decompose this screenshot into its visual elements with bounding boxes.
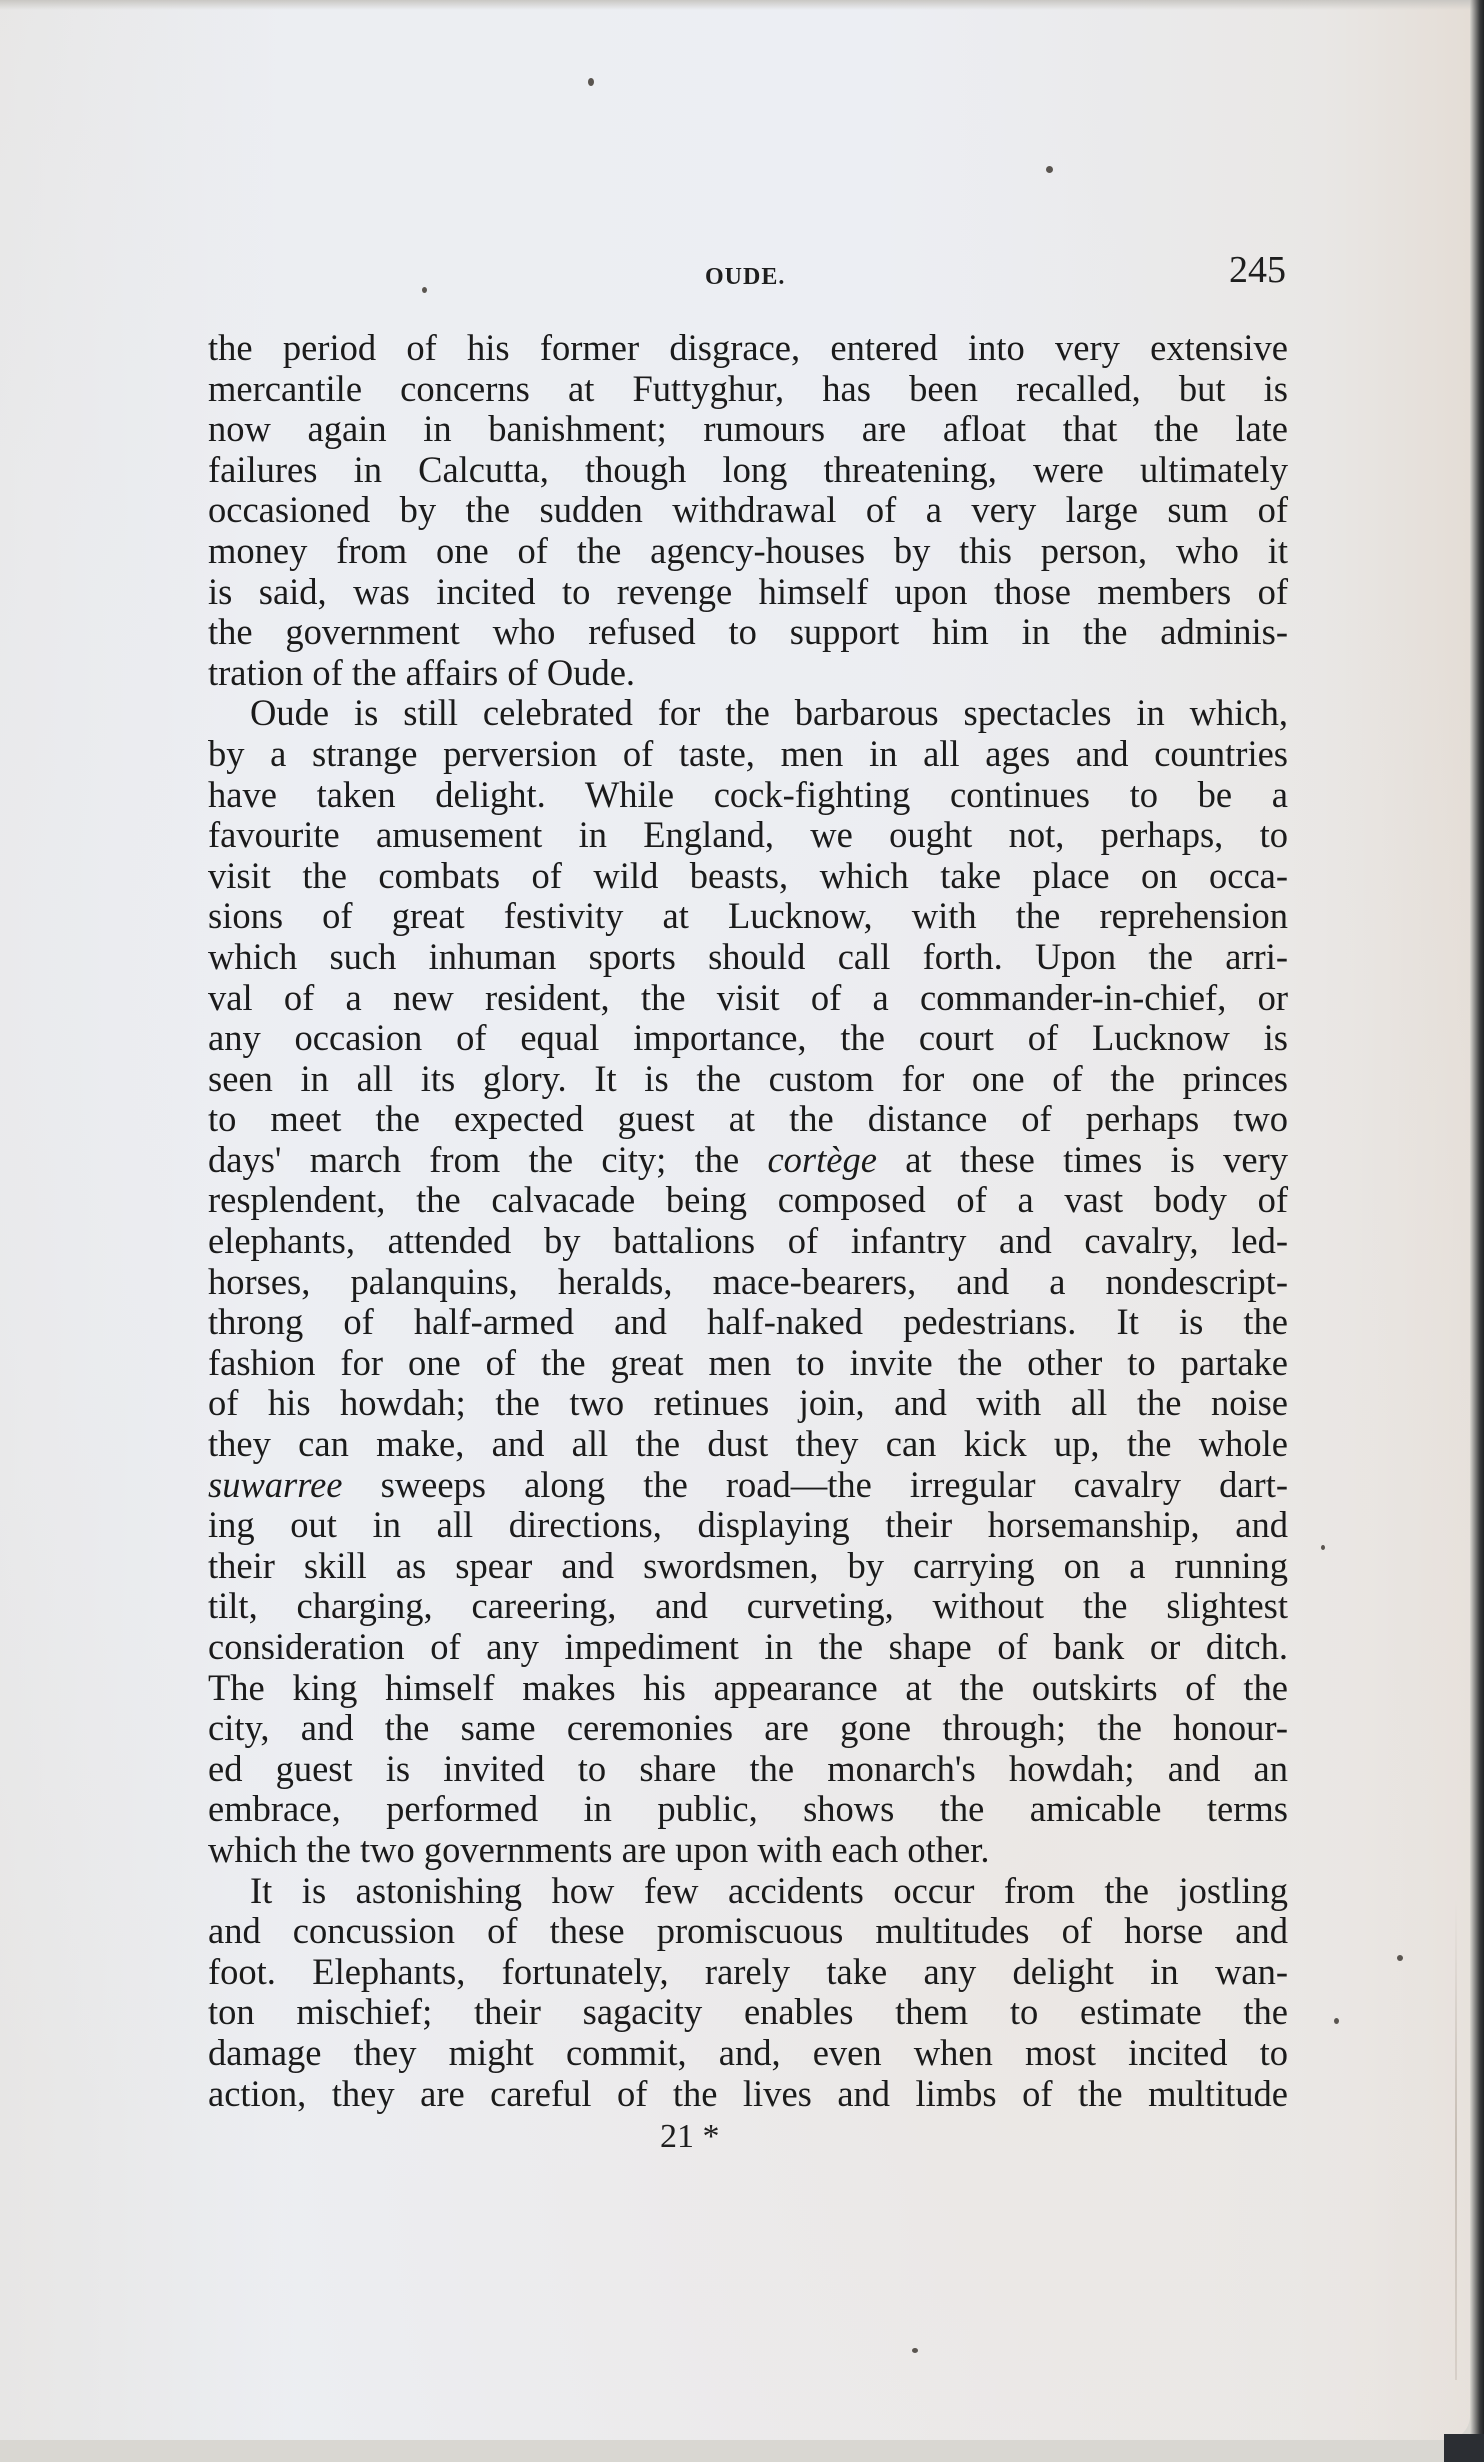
text-line: ing out in all directions, displaying th… (208, 1505, 1288, 1546)
text-line: their skill as spear and swordsmen, by c… (208, 1546, 1288, 1587)
text-line: which the two governments are upon with … (208, 1830, 1288, 1871)
spine-shadow (1470, 0, 1484, 2462)
text-line: the government who refused to support hi… (208, 612, 1288, 653)
text-line: days' march from the city; the cortège a… (208, 1140, 1288, 1181)
paper-speck (1397, 1955, 1403, 1961)
text-line: val of a new resident, the visit of a co… (208, 978, 1288, 1019)
text-line: consideration of any impediment in the s… (208, 1627, 1288, 1668)
text-line: ton mischief; their sagacity enables the… (208, 1992, 1288, 2033)
page-top-edge (0, 0, 1484, 10)
corner-shadow (1444, 2434, 1484, 2462)
paper-speck (912, 2348, 918, 2353)
text-line: suwarree sweeps along the road—the irreg… (208, 1465, 1288, 1506)
paper-speck (588, 78, 594, 86)
text-line: failures in Calcutta, though long threat… (208, 450, 1288, 491)
text-line: to meet the expected guest at the distan… (208, 1099, 1288, 1140)
text-line: horses, palanquins, heralds, mace-bearer… (208, 1262, 1288, 1303)
text-line: of his howdah; the two retinues join, an… (208, 1383, 1288, 1424)
page-header: OUDE. 245 (200, 248, 1290, 296)
text-line: embrace, performed in public, shows the … (208, 1789, 1288, 1830)
text-line: now again in banishment; rumours are afl… (208, 409, 1288, 450)
text-line: city, and the same ceremonies are gone t… (208, 1708, 1288, 1749)
text-line: is said, was incited to revenge himself … (208, 572, 1288, 613)
text-line: seen in all its glory. It is the custom … (208, 1059, 1288, 1100)
text-line: throng of half-armed and half-naked pede… (208, 1302, 1288, 1343)
text-line: occasioned by the sudden withdrawal of a… (208, 490, 1288, 531)
text-line: sions of great festivity at Lucknow, wit… (208, 896, 1288, 937)
text-line: tilt, charging, careering, and curveting… (208, 1586, 1288, 1627)
italic-term: suwarree (208, 1464, 343, 1505)
text-line: visit the combats of wild beasts, which … (208, 856, 1288, 897)
paper-speck (1046, 166, 1053, 173)
paper-speck (1321, 1545, 1325, 1550)
text-line: elephants, attended by battalions of inf… (208, 1221, 1288, 1262)
page-number: 245 (1229, 248, 1286, 292)
text-line: Oude is still celebrated for the barbaro… (208, 693, 1288, 734)
text-line: ed guest is invited to share the monarch… (208, 1749, 1288, 1790)
text-line: resplendent, the calvacade being compose… (208, 1180, 1288, 1221)
signature-mark: 21 * (660, 2118, 720, 2156)
text-line: any occasion of equal importance, the co… (208, 1018, 1288, 1059)
text-line: The king himself makes his appearance at… (208, 1668, 1288, 1709)
text-line: favourite amusement in England, we ought… (208, 815, 1288, 856)
text-line: they can make, and all the dust they can… (208, 1424, 1288, 1465)
text-line: by a strange perversion of taste, men in… (208, 734, 1288, 775)
italic-term: cortège (767, 1139, 876, 1180)
text-line: damage they might commit, and, even when… (208, 2033, 1288, 2074)
page-fold-line (1455, 1900, 1457, 2380)
text-line: have taken delight. While cock-fighting … (208, 775, 1288, 816)
text-line: the period of his former disgrace, enter… (208, 328, 1288, 369)
text-line: fashion for one of the great men to invi… (208, 1343, 1288, 1384)
text-line: foot. Elephants, fortunately, rarely tak… (208, 1952, 1288, 1993)
text-line: tration of the affairs of Oude. (208, 653, 1288, 694)
text-line: action, they are careful of the lives an… (208, 2074, 1288, 2115)
text-line: money from one of the agency-houses by t… (208, 531, 1288, 572)
paper-speck (1334, 2018, 1339, 2024)
text-line: It is astonishing how few accidents occu… (208, 1871, 1288, 1912)
text-line: which such inhuman sports should call fo… (208, 937, 1288, 978)
running-head: OUDE. (705, 264, 785, 291)
body-text: the period of his former disgrace, enter… (208, 328, 1288, 2114)
text-line: and concussion of these promiscuous mult… (208, 1911, 1288, 1952)
text-line: mercantile concerns at Futtyghur, has be… (208, 369, 1288, 410)
